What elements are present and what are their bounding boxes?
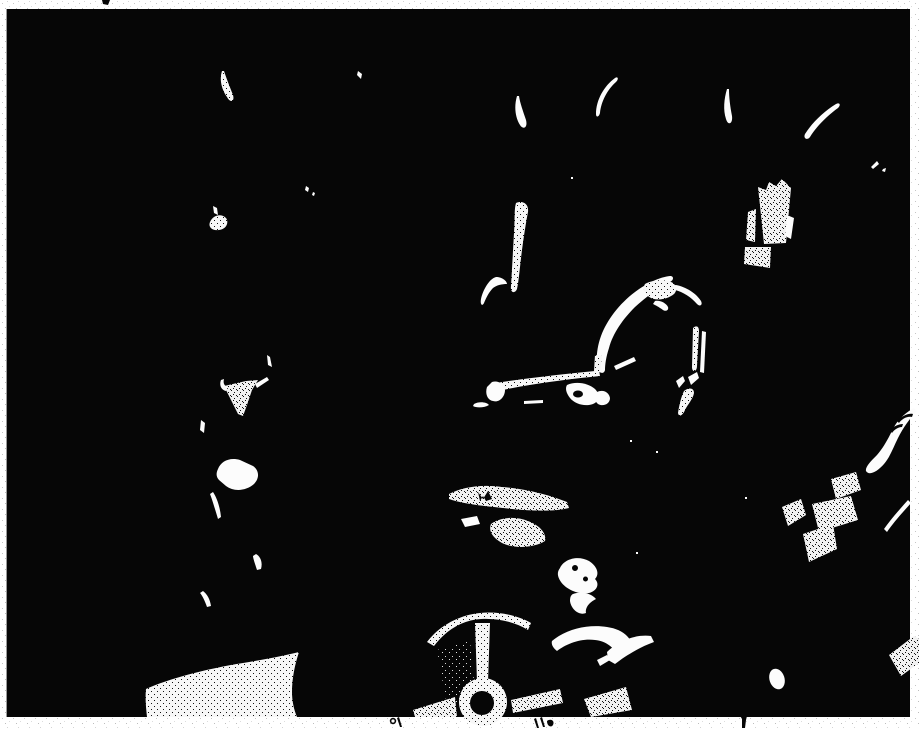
ring-mark-core [391,719,394,722]
left-border-line [6,9,7,717]
wheel-hub-core [470,691,494,715]
hand-hook-inner [573,391,583,398]
shapes-layer [0,0,919,729]
screenshot-root [0,0,919,729]
thresholded-photo-canvas [0,0,919,729]
wheel-spoke [475,623,490,682]
photo-black-field [7,9,910,717]
